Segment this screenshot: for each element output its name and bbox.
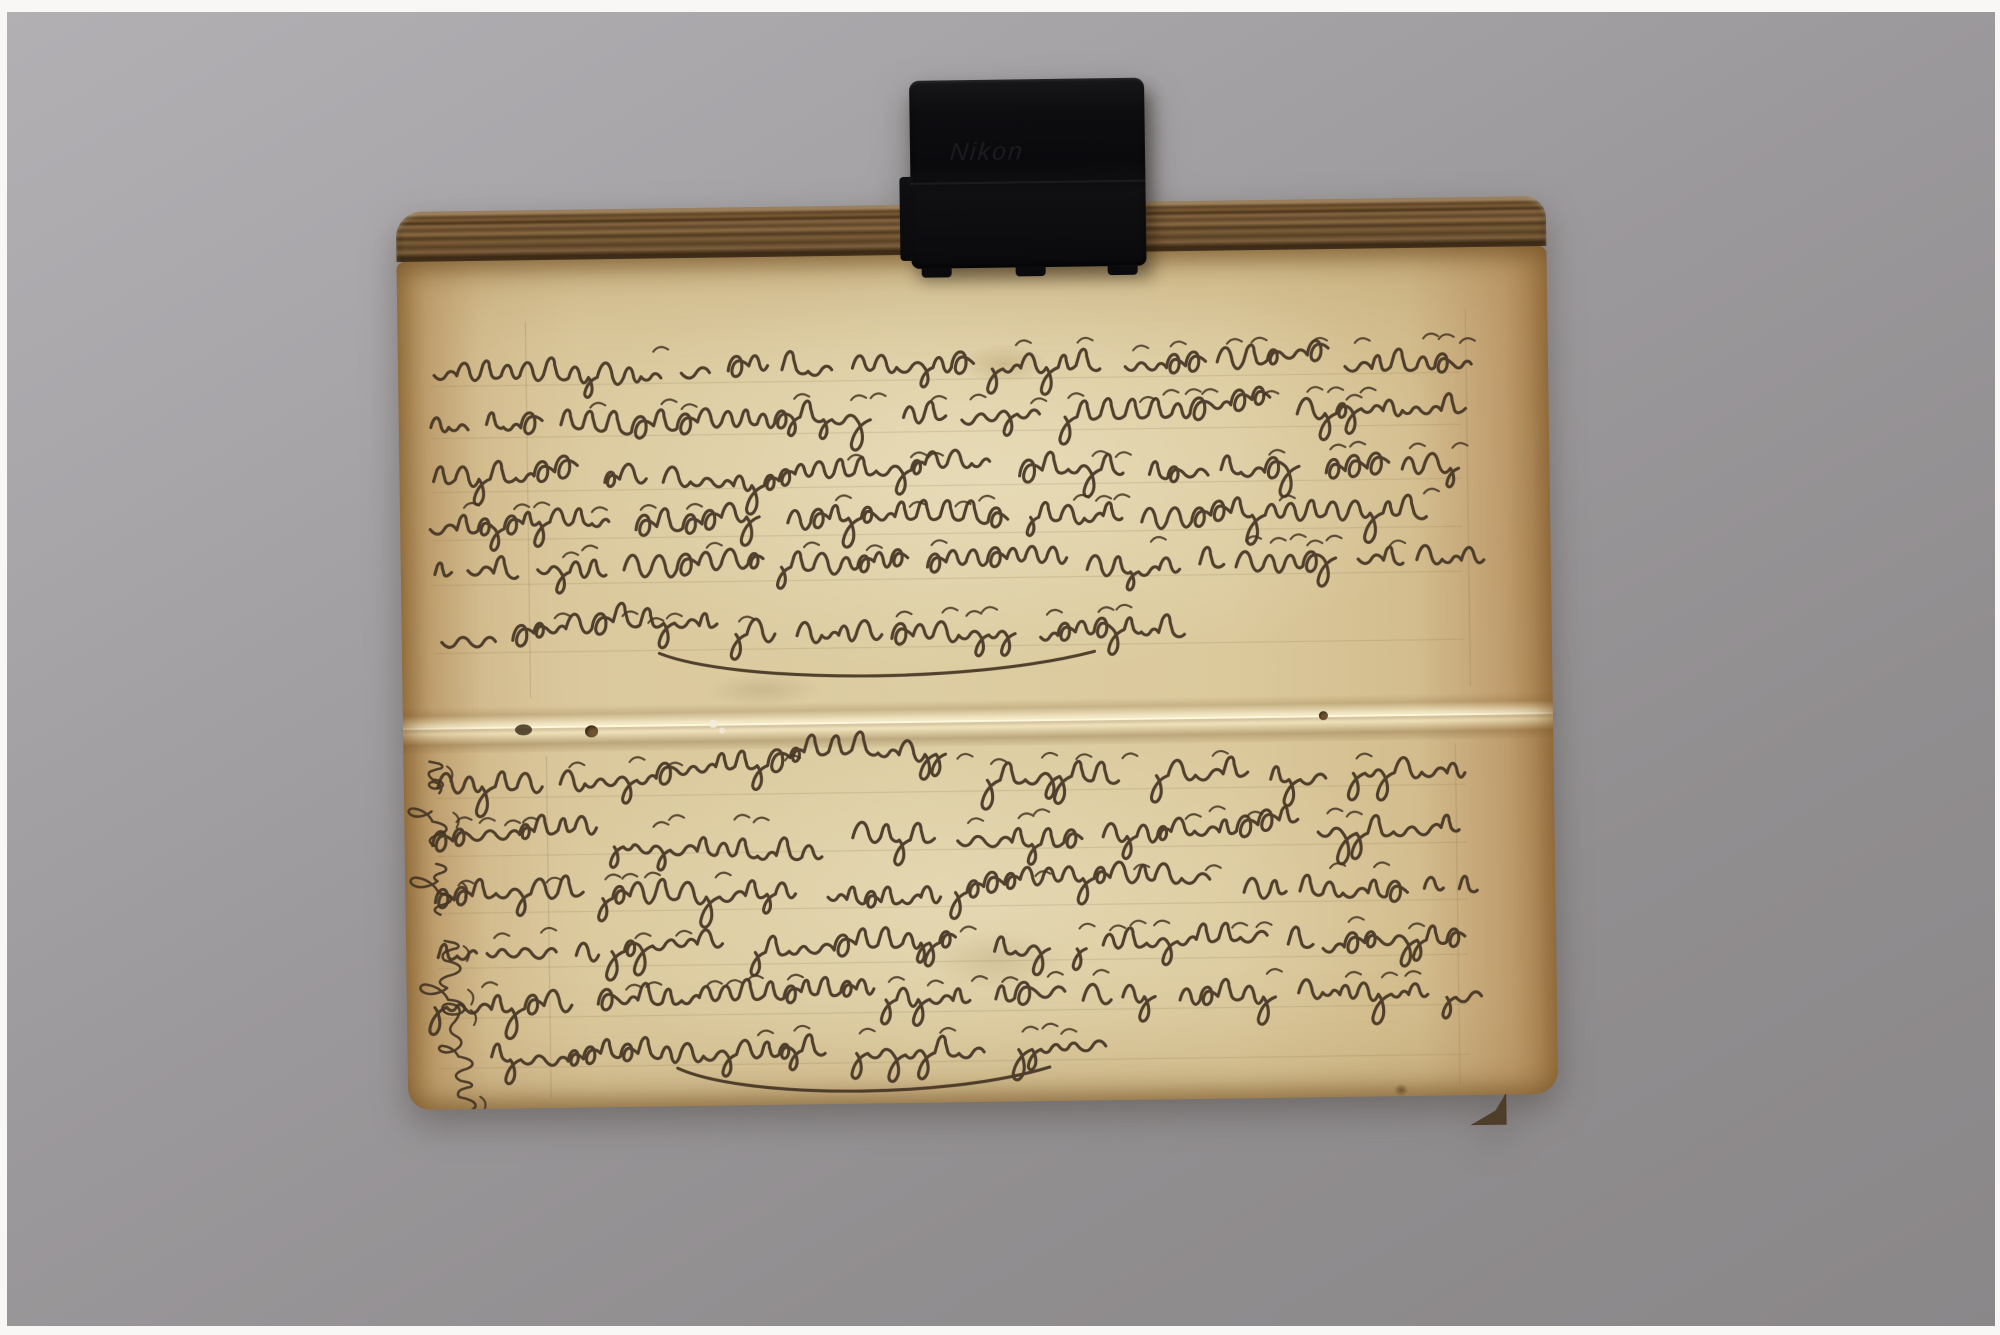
paper-stain (958, 343, 1049, 384)
battery-emboss-label: Nikon (949, 137, 1026, 167)
paper-stain (926, 929, 1067, 991)
photo-border-top (0, 0, 2000, 12)
paper-stain (702, 672, 822, 708)
battery-foot (922, 267, 952, 277)
paper-chip (709, 720, 718, 728)
corner-damage (1470, 1093, 1506, 1125)
paper-chip (719, 728, 725, 734)
stitch-hole (585, 725, 598, 737)
photograph: Nikon (0, 0, 2000, 1335)
photo-border-right (1995, 0, 2000, 1335)
battery-foot (1016, 266, 1046, 276)
ink-blot (515, 724, 532, 735)
battery-seam (910, 180, 1145, 185)
battery-weight: Nikon (909, 78, 1147, 269)
paper-stain (1394, 1084, 1408, 1096)
photo-border-left (0, 0, 7, 1335)
manuscript-book: Nikon (396, 196, 1558, 1110)
stitch-hole (1319, 711, 1328, 720)
open-leaf (396, 246, 1558, 1110)
fold-crease (403, 712, 1553, 730)
battery-foot (1108, 265, 1138, 275)
center-fold-gutter (403, 692, 1554, 754)
photo-border-bottom (0, 1326, 2000, 1335)
